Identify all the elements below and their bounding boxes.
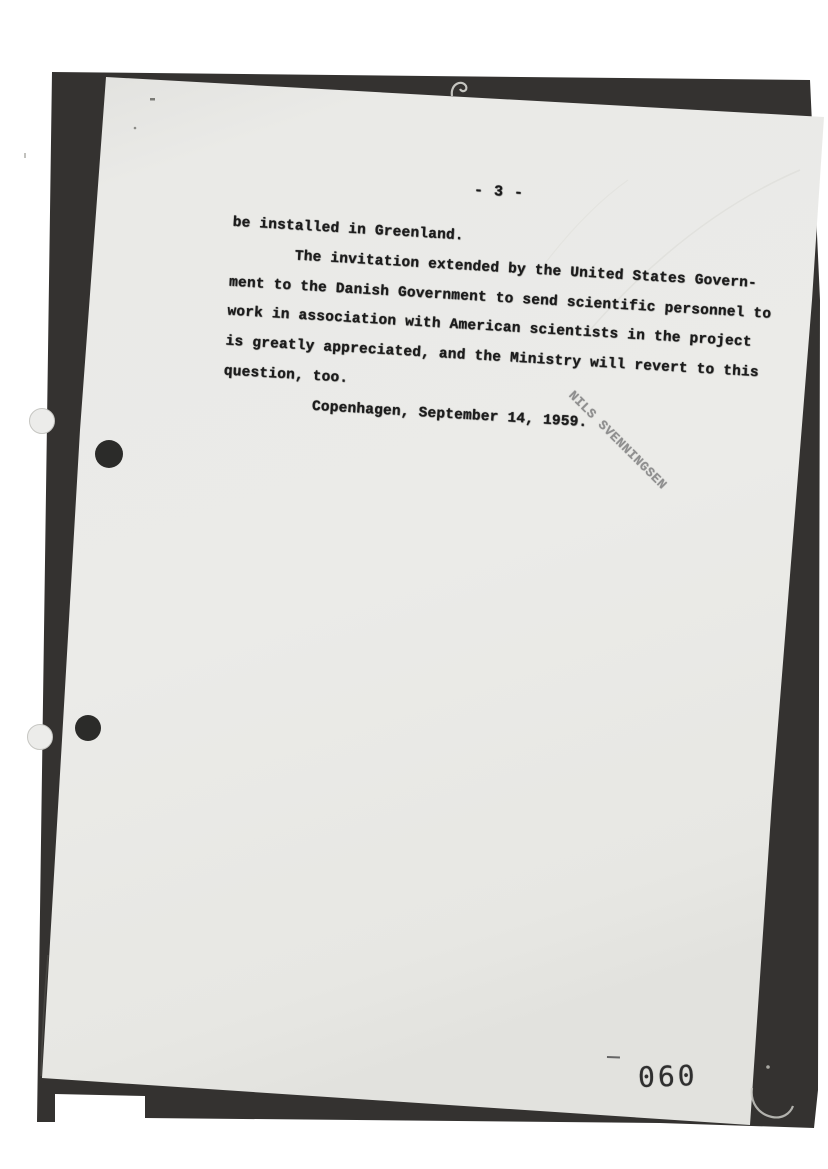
bottom-right-speck — [766, 1065, 770, 1069]
hole-punch-dark-bottom — [75, 715, 101, 741]
typewritten-text-block: - 3 - be installed in Greenland. The inv… — [207, 166, 777, 449]
speck-margin — [24, 153, 26, 158]
speck-top-left-2 — [134, 127, 137, 130]
speck-top-left — [150, 98, 155, 101]
hole-punch-light-bottom — [28, 725, 53, 750]
scan-background-graphic — [0, 0, 828, 1169]
page-number-stamp: 060 — [637, 1059, 698, 1094]
scanned-document-page: - 3 - be installed in Greenland. The inv… — [0, 0, 828, 1169]
hole-punch-dark-top — [95, 440, 123, 468]
hole-punch-light-top — [30, 409, 55, 434]
